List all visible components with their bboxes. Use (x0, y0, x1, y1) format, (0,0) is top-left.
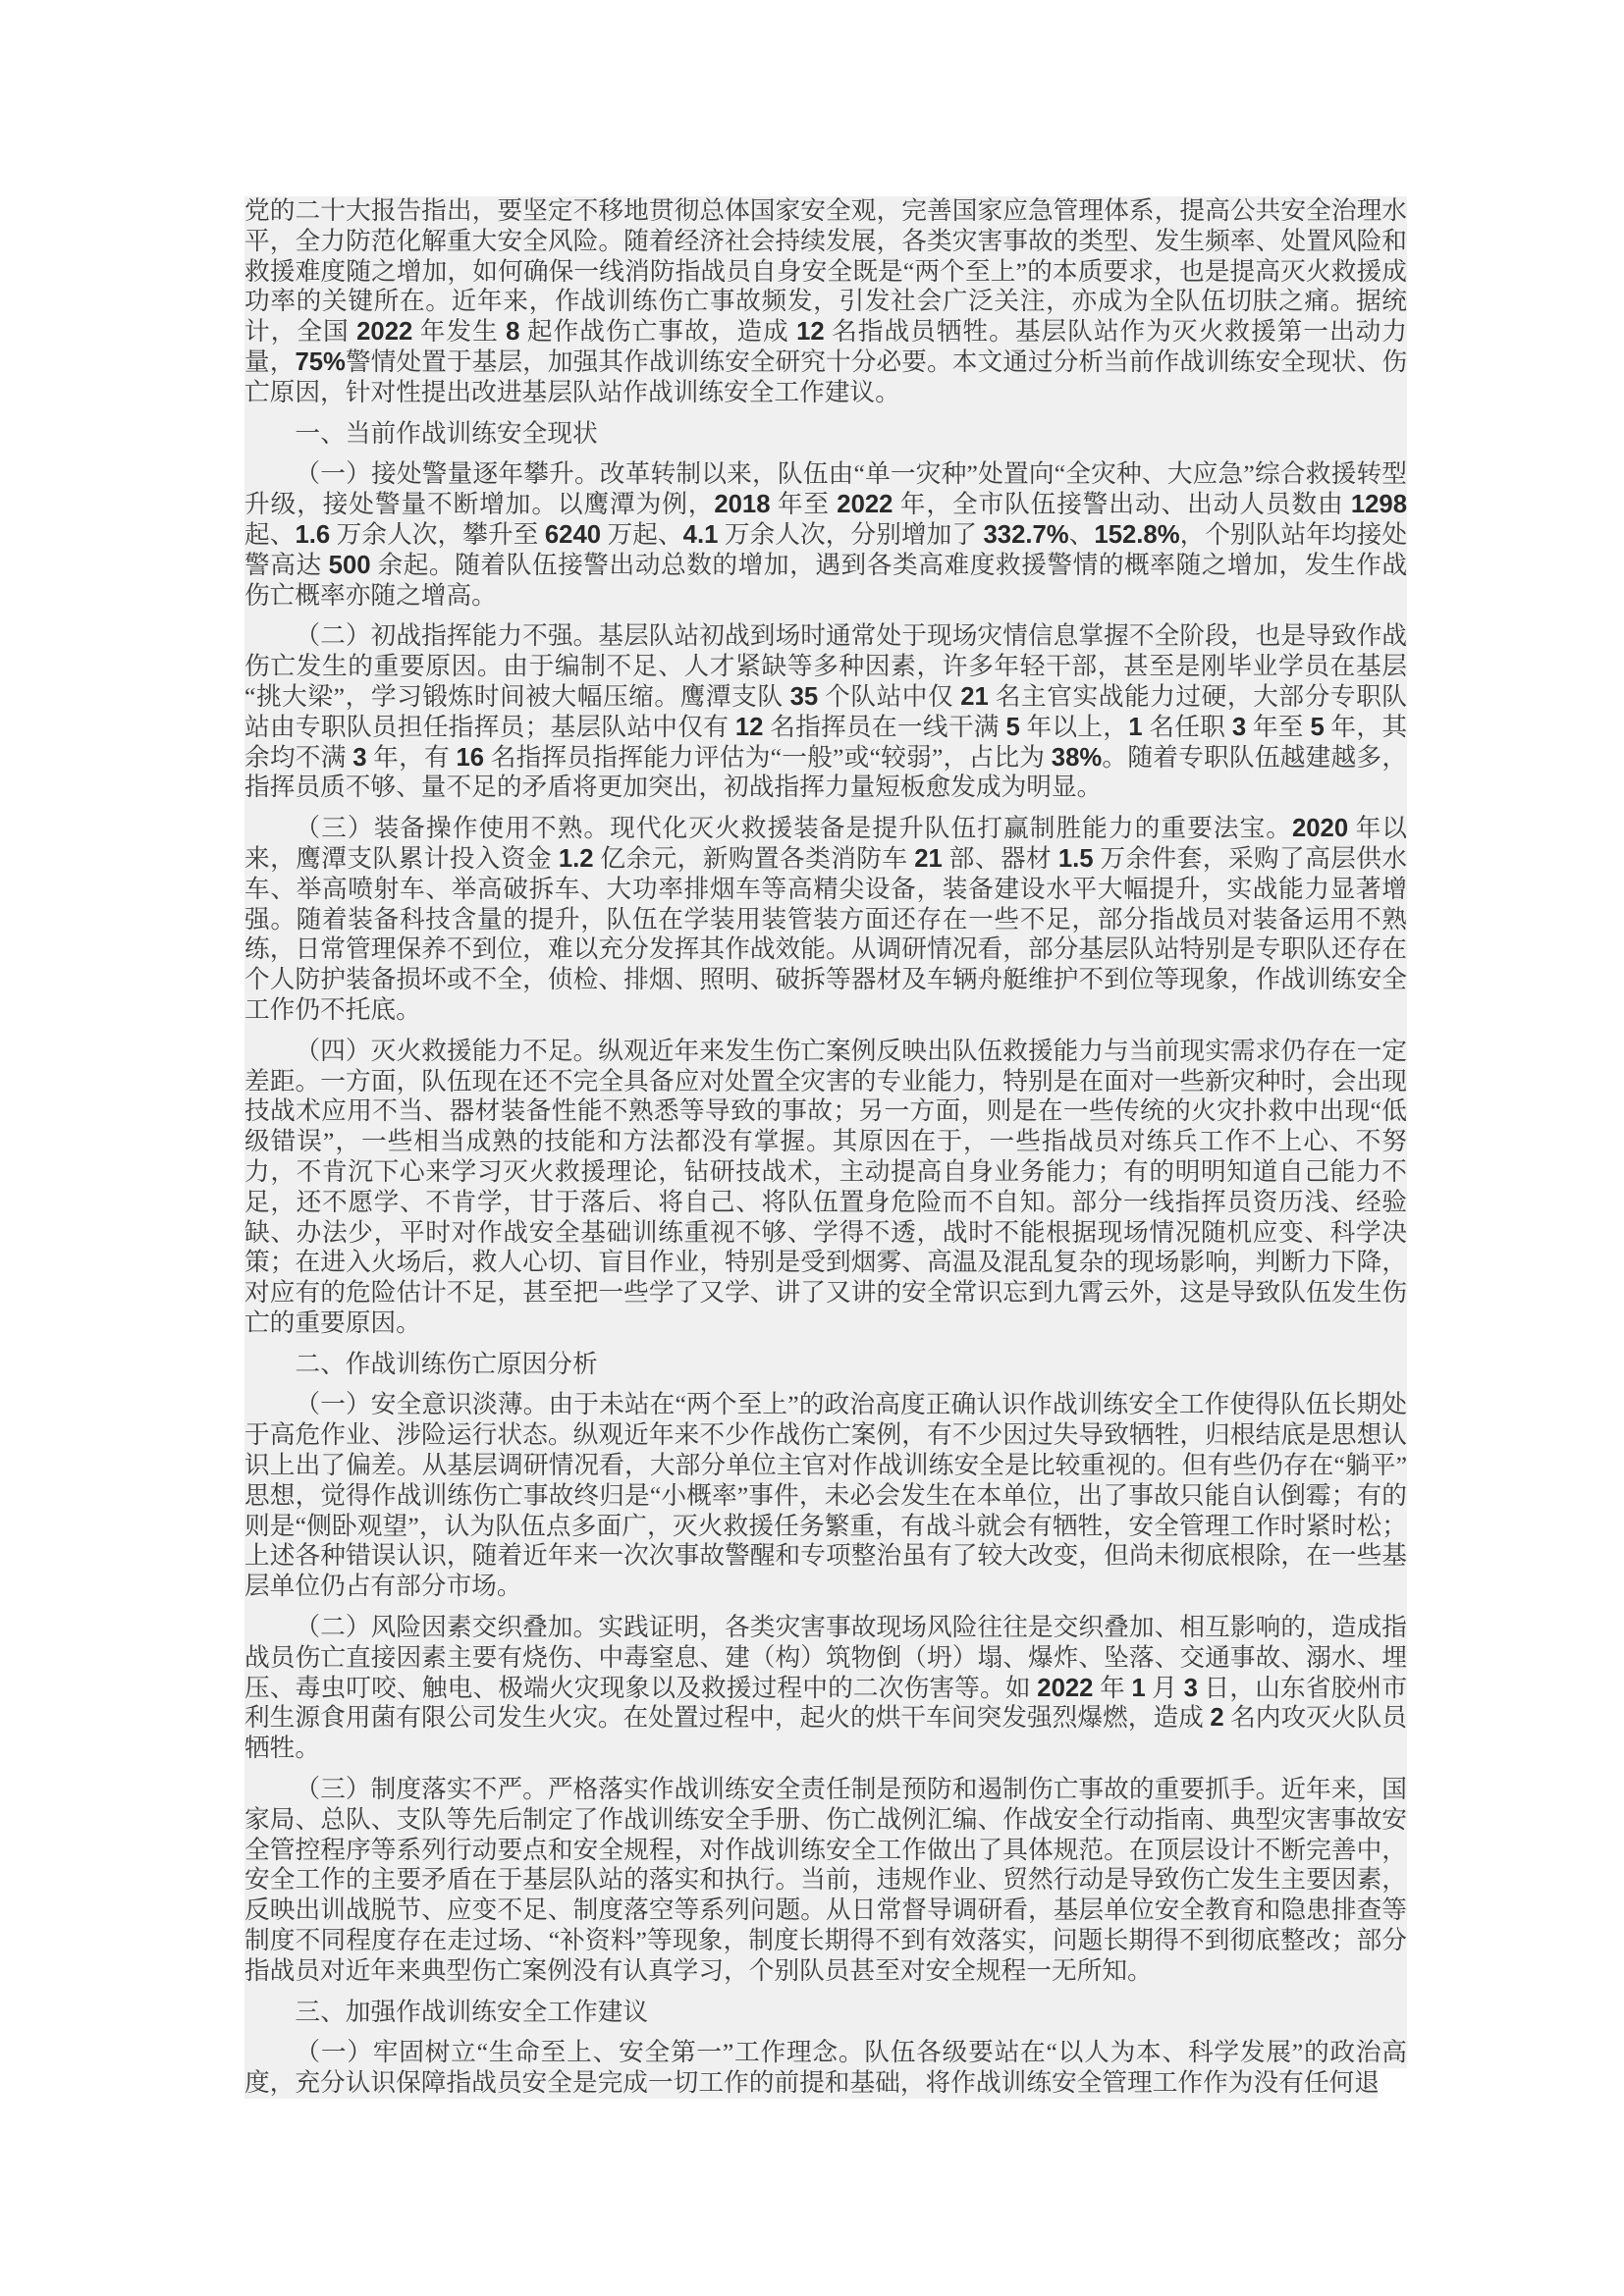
section-heading-3: 三、加强作战训练安全工作建议 (244, 1998, 1407, 2028)
paragraph-2-3: （三）制度落实不严。严格落实作战训练安全责任制是预防和遏制伤亡事故的重要抓手。近… (244, 1775, 1407, 1987)
paragraph-1-2: （二）初战指挥能力不强。基层队站初战到场时通常处于现场灾情信息掌握不全阶段，也是… (244, 621, 1407, 803)
paragraph-1-4: （四）灭火救援能力不足。纵观近年来发生伤亡案例反映出队伍救援能力与当前现实需求仍… (244, 1037, 1407, 1339)
document-page: 党的二十大报告指出，要坚定不移地贯彻总体国家安全观，完善国家应急管理体系，提高公… (0, 0, 1624, 2296)
selected-text-block: 党的二十大报告指出，要坚定不移地贯彻总体国家安全观，完善国家应急管理体系，提高公… (244, 196, 1407, 2099)
section-heading-2: 二、作战训练伤亡原因分析 (244, 1350, 1407, 1380)
paragraph-1-3: （三）装备操作使用不熟。现代化灭火救援装备是提升队伍打赢制胜能力的重要法宝。20… (244, 814, 1407, 1026)
paragraph-2-2: （二）风险因素交织叠加。实践证明，各类灾害事故现场风险往往是交织叠加、相互影响的… (244, 1613, 1407, 1764)
paragraph-3-1: （一）牢固树立“生命至上、安全第一”工作理念。队伍各级要站在“以人为本、科学发展… (244, 2038, 1407, 2099)
paragraph-1-1: （一）接处警量逐年攀升。改革转制以来，队伍由“单一灾种”处置向“全灾种、大应急”… (244, 459, 1407, 611)
section-heading-1: 一、当前作战训练安全现状 (244, 419, 1407, 450)
paragraph-2-1: （一）安全意识淡薄。由于未站在“两个至上”的政治高度正确认识作战训练安全工作使得… (244, 1390, 1407, 1602)
paragraph-intro: 党的二十大报告指出，要坚定不移地贯彻总体国家安全观，完善国家应急管理体系，提高公… (244, 196, 1407, 408)
